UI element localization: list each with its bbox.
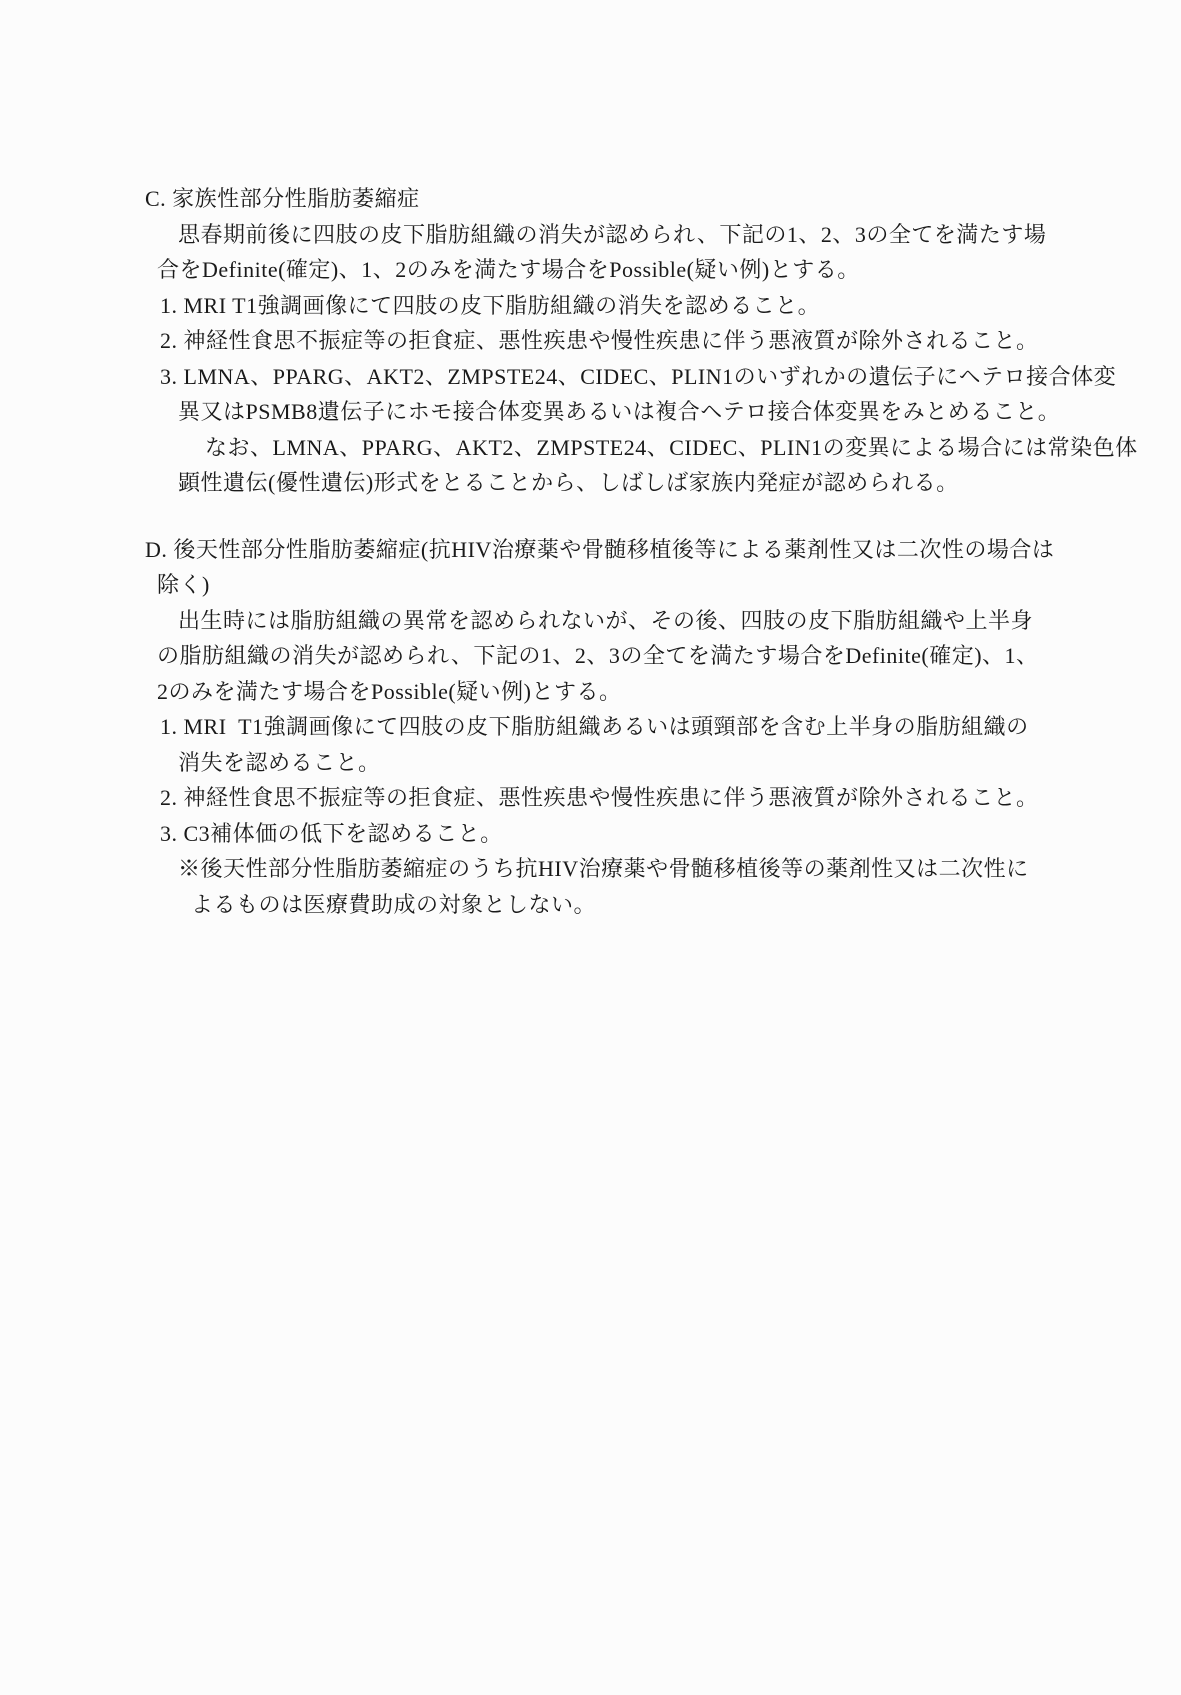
text-line: 顕性遺伝(優性遺伝)形式をとることから、しばしば家族内発症が認められる。 [178, 465, 1125, 501]
text-line: 合をDefinite(確定)、1、2のみを満たす場合をPossible(疑い例)… [157, 252, 1125, 288]
section-c-familial-partial-lipodystrophy: C. 家族性部分性脂肪萎縮症 思春期前後に四肢の皮下脂肪組織の消失が認められ、下… [145, 181, 1125, 501]
section-d-heading: D. 後天性部分性脂肪萎縮症(抗HIV治療薬や骨髄移植後等による薬剤性又は二次性… [145, 532, 1125, 568]
exclusion-note-cont: よるものは医療費助成の対象としない。 [191, 887, 1125, 923]
text-line: 消失を認めること。 [178, 745, 1125, 781]
section-d-acquired-partial-lipodystrophy: D. 後天性部分性脂肪萎縮症(抗HIV治療薬や骨髄移植後等による薬剤性又は二次性… [145, 532, 1125, 923]
criterion-3-line: 3. C3補体価の低下を認めること。 [160, 816, 1125, 852]
text-line: 異又はPSMB8遺伝子にホモ接合体変異あるいは複合ヘテロ接合体変異をみとめること… [178, 394, 1125, 430]
criterion-3-line: 3. LMNA、PPARG、AKT2、ZMPSTE24、CIDEC、PLIN1の… [160, 359, 1125, 395]
page: { "page": { "background": "#fcfcfc", "te… [0, 0, 1181, 1695]
text-line: 出生時には脂肪組織の異常を認められないが、その後、四肢の皮下脂肪組織や上半身 [178, 603, 1125, 639]
exclusion-note-line: ※後天性部分性脂肪萎縮症のうち抗HIV治療薬や骨髄移植後等の薬剤性又は二次性に [178, 851, 1125, 887]
document-page: C. 家族性部分性脂肪萎縮症 思春期前後に四肢の皮下脂肪組織の消失が認められ、下… [145, 181, 1125, 922]
criterion-1-line: 1. MRI T1強調画像にて四肢の皮下脂肪組織あるいは頭頸部を含む上半身の脂肪… [160, 709, 1125, 745]
text-line: の脂肪組織の消失が認められ、下記の1、2、3の全てを満たす場合をDefinite… [157, 638, 1125, 674]
criterion-2-line: 2. 神経性食思不振症等の拒食症、悪性疾患や慢性疾患に伴う悪液質が除外されること… [160, 323, 1125, 359]
text-line: 2のみを満たす場合をPossible(疑い例)とする。 [157, 674, 1125, 710]
text-line: 思春期前後に四肢の皮下脂肪組織の消失が認められ、下記の1、2、3の全てを満たす場 [178, 217, 1125, 253]
section-d-heading-cont: 除く) [157, 567, 1125, 603]
section-c-heading: C. 家族性部分性脂肪萎縮症 [145, 181, 1125, 217]
criterion-2-line: 2. 神経性食思不振症等の拒食症、悪性疾患や慢性疾患に伴う悪液質が除外されること… [160, 780, 1125, 816]
note-line: なお、LMNA、PPARG、AKT2、ZMPSTE24、CIDEC、PLIN1の… [205, 430, 1125, 466]
criterion-1-line: 1. MRI T1強調画像にて四肢の皮下脂肪組織の消失を認めること。 [160, 288, 1125, 324]
